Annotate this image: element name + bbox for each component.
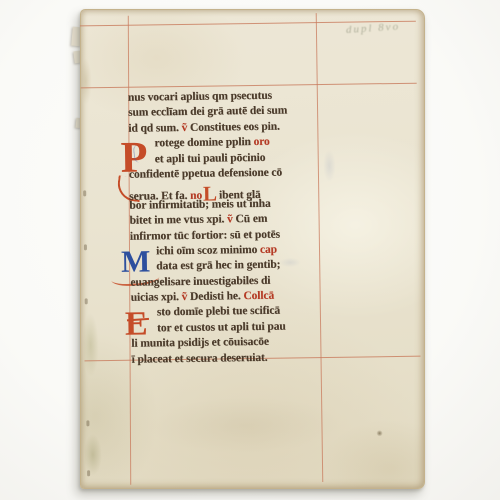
text-segment: et apli tui pauli pōcinio xyxy=(155,151,266,165)
sewing-hole xyxy=(87,470,90,476)
leaf-surface: dupl 8vo P M E nus vocari aplius qm psec… xyxy=(78,8,428,491)
text-segment: Collcā xyxy=(243,290,274,302)
text-segment: uicias xpi. xyxy=(131,291,182,304)
sewing-hole xyxy=(84,244,87,250)
inline-initial-l: L xyxy=(203,182,217,206)
text-segment: sum ecclīam dei grā autē dei sum xyxy=(128,105,287,119)
text-segment: ī placeat et secura deseruiat. xyxy=(131,351,267,365)
photo-background: dupl 8vo P M E nus vocari aplius qm psec… xyxy=(0,0,500,500)
text-segment: Cū em xyxy=(233,213,268,225)
text-segment: bitet in me vtus xpi. xyxy=(130,213,228,226)
text-segment: cap xyxy=(260,244,277,256)
text-segment: Dedisti he. xyxy=(187,290,243,303)
text-line: ī placeat et secura deseruiat. xyxy=(131,350,323,368)
text-segment: infirmor tūc fortior: sū et potēs xyxy=(130,228,280,242)
sewing-hole xyxy=(86,420,89,426)
text-block: nus vocari aplius qm psecutussum ecclīam… xyxy=(128,88,324,368)
manuscript-leaf: dupl 8vo P M E nus vocari aplius qm psec… xyxy=(80,9,425,489)
ink-spot xyxy=(377,430,383,436)
text-segment: rotege domine pplin xyxy=(154,136,253,149)
text-segment: id qd sum. xyxy=(128,122,181,135)
sewing-hole xyxy=(83,190,86,196)
ruling-line-text-top xyxy=(81,83,417,89)
text-segment: data est grā hec in gentib; xyxy=(156,259,280,273)
pencil-inscription: dupl 8vo xyxy=(346,21,401,37)
text-segment: bor infirmitatib; meis ut inha xyxy=(129,197,270,211)
blue-ink-smudge xyxy=(322,142,338,190)
text-segment: nus vocari aplius qm psecutus xyxy=(128,90,272,104)
text-segment: ichi oīm scoz minimo xyxy=(156,244,260,257)
text-segment: oro xyxy=(253,136,269,148)
moss-stain xyxy=(83,302,102,387)
sewing-hole xyxy=(85,298,88,304)
text-segment: euangelisare inuestigabiles di xyxy=(130,274,270,288)
show-through-stain xyxy=(143,389,344,462)
text-segment: li munita psidijs et cōuisacōe xyxy=(131,336,269,350)
text-segment: confidentē ppetua defensione cō xyxy=(129,167,282,181)
foxing-stain xyxy=(80,50,94,112)
text-segment: tor et custos ut apli tui pau xyxy=(157,320,286,334)
text-segment: Constitues eos pin. xyxy=(187,120,280,133)
text-segment: sto domīe plebi tue scificā xyxy=(157,305,280,319)
